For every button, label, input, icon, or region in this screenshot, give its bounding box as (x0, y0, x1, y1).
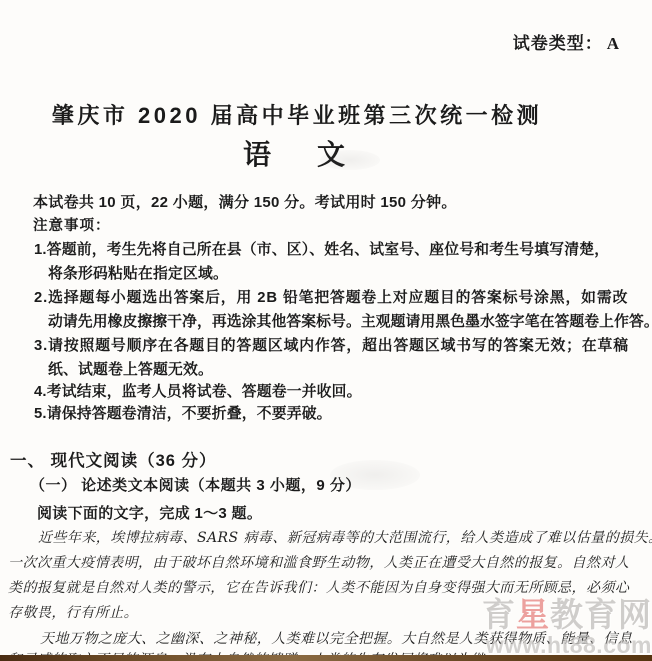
scan-noise-smudge (330, 460, 420, 490)
reading-instruction: 阅读下面的文字，完成 1～3 题。 (37, 502, 262, 523)
section-heading-modern-text-reading: 一、 现代文阅读（36 分） (10, 447, 217, 471)
paper-type-value: A (607, 34, 620, 53)
notice-item-4: 4.考试结束，监考人员将试卷、答题卷一并收回。 (34, 380, 362, 401)
subject-char-1: 语 (243, 139, 271, 170)
notice-item-2-line-2: 动请先用橡皮擦擦干净，再选涂其他答案标号。主观题请用黑色墨水签字笔在答题卷上作答… (48, 310, 652, 331)
passage-paragraph-1-line-1: 近些年来，埃博拉病毒、SARS 病毒、新冠病毒等的大范围流行，给人类造成了难以估… (38, 527, 652, 547)
passage-paragraph-1-line-2: 一次次重大疫情表明，由于破坏自然环境和滥食野生动物，人类正在遭受大自然的报复。自… (8, 552, 629, 572)
notice-item-3-line-2: 纸、试题卷上答题无效。 (48, 358, 213, 379)
notice-item-3-line-1: 3.请按照题号顺序在各题目的答题区域内作答，超出答题区域书写的答案无效；在草稿 (34, 334, 629, 355)
scan-edge-bar (0, 655, 652, 661)
notice-item-2-line-1: 2.选择题每小题选出答案后，用 2B 铅笔把答题卷上对应题目的答案标号涂黑，如需… (34, 286, 628, 307)
passage-paragraph-2-line-1: 天地万物之庞大、之幽深、之神秘，人类难以完全把握。大自然是人类获得物质、能量、信… (40, 628, 632, 648)
notice-item-1-line-2: 将条形码粘贴在指定区域。 (48, 262, 228, 283)
paper-type: 试卷类型：A (513, 29, 620, 54)
notice-item-1-line-1: 1.答题前，考生先将自己所在县（市、区）、姓名、试室号、座位号和考生号填写清楚， (34, 238, 609, 259)
exam-info-line: 本试卷共 10 页，22 小题，满分 150 分。考试用时 150 分钟。 (33, 191, 457, 212)
passage-paragraph-1-line-4: 存敬畏，行有所止。 (8, 602, 138, 622)
notice-item-5: 5.请保持答题卷清洁，不要折叠，不要弄破。 (34, 402, 332, 423)
passage-paragraph-1-line-3: 类的报复就是自然对人类的警示，它在告诉我们：人类不能因为自身变得强大而无所顾忌，… (8, 577, 629, 597)
watermark-site-name: 育星教育网 (452, 598, 652, 632)
paper-type-label: 试卷类型： (513, 34, 603, 53)
section-subheading-argumentative-reading: （一） 论述类文本阅读（本题共 3 小题，9 分） (30, 474, 361, 495)
scan-noise-smudge (320, 150, 380, 170)
exam-paper-page: 试卷类型：A 肇庆市 2020 届高中毕业班第三次统一检测 语文 本试卷共 10… (0, 0, 652, 661)
exam-title: 肇庆市 2020 届高中毕业班第三次统一检测 (0, 99, 652, 130)
notes-heading: 注意事项： (33, 214, 111, 235)
